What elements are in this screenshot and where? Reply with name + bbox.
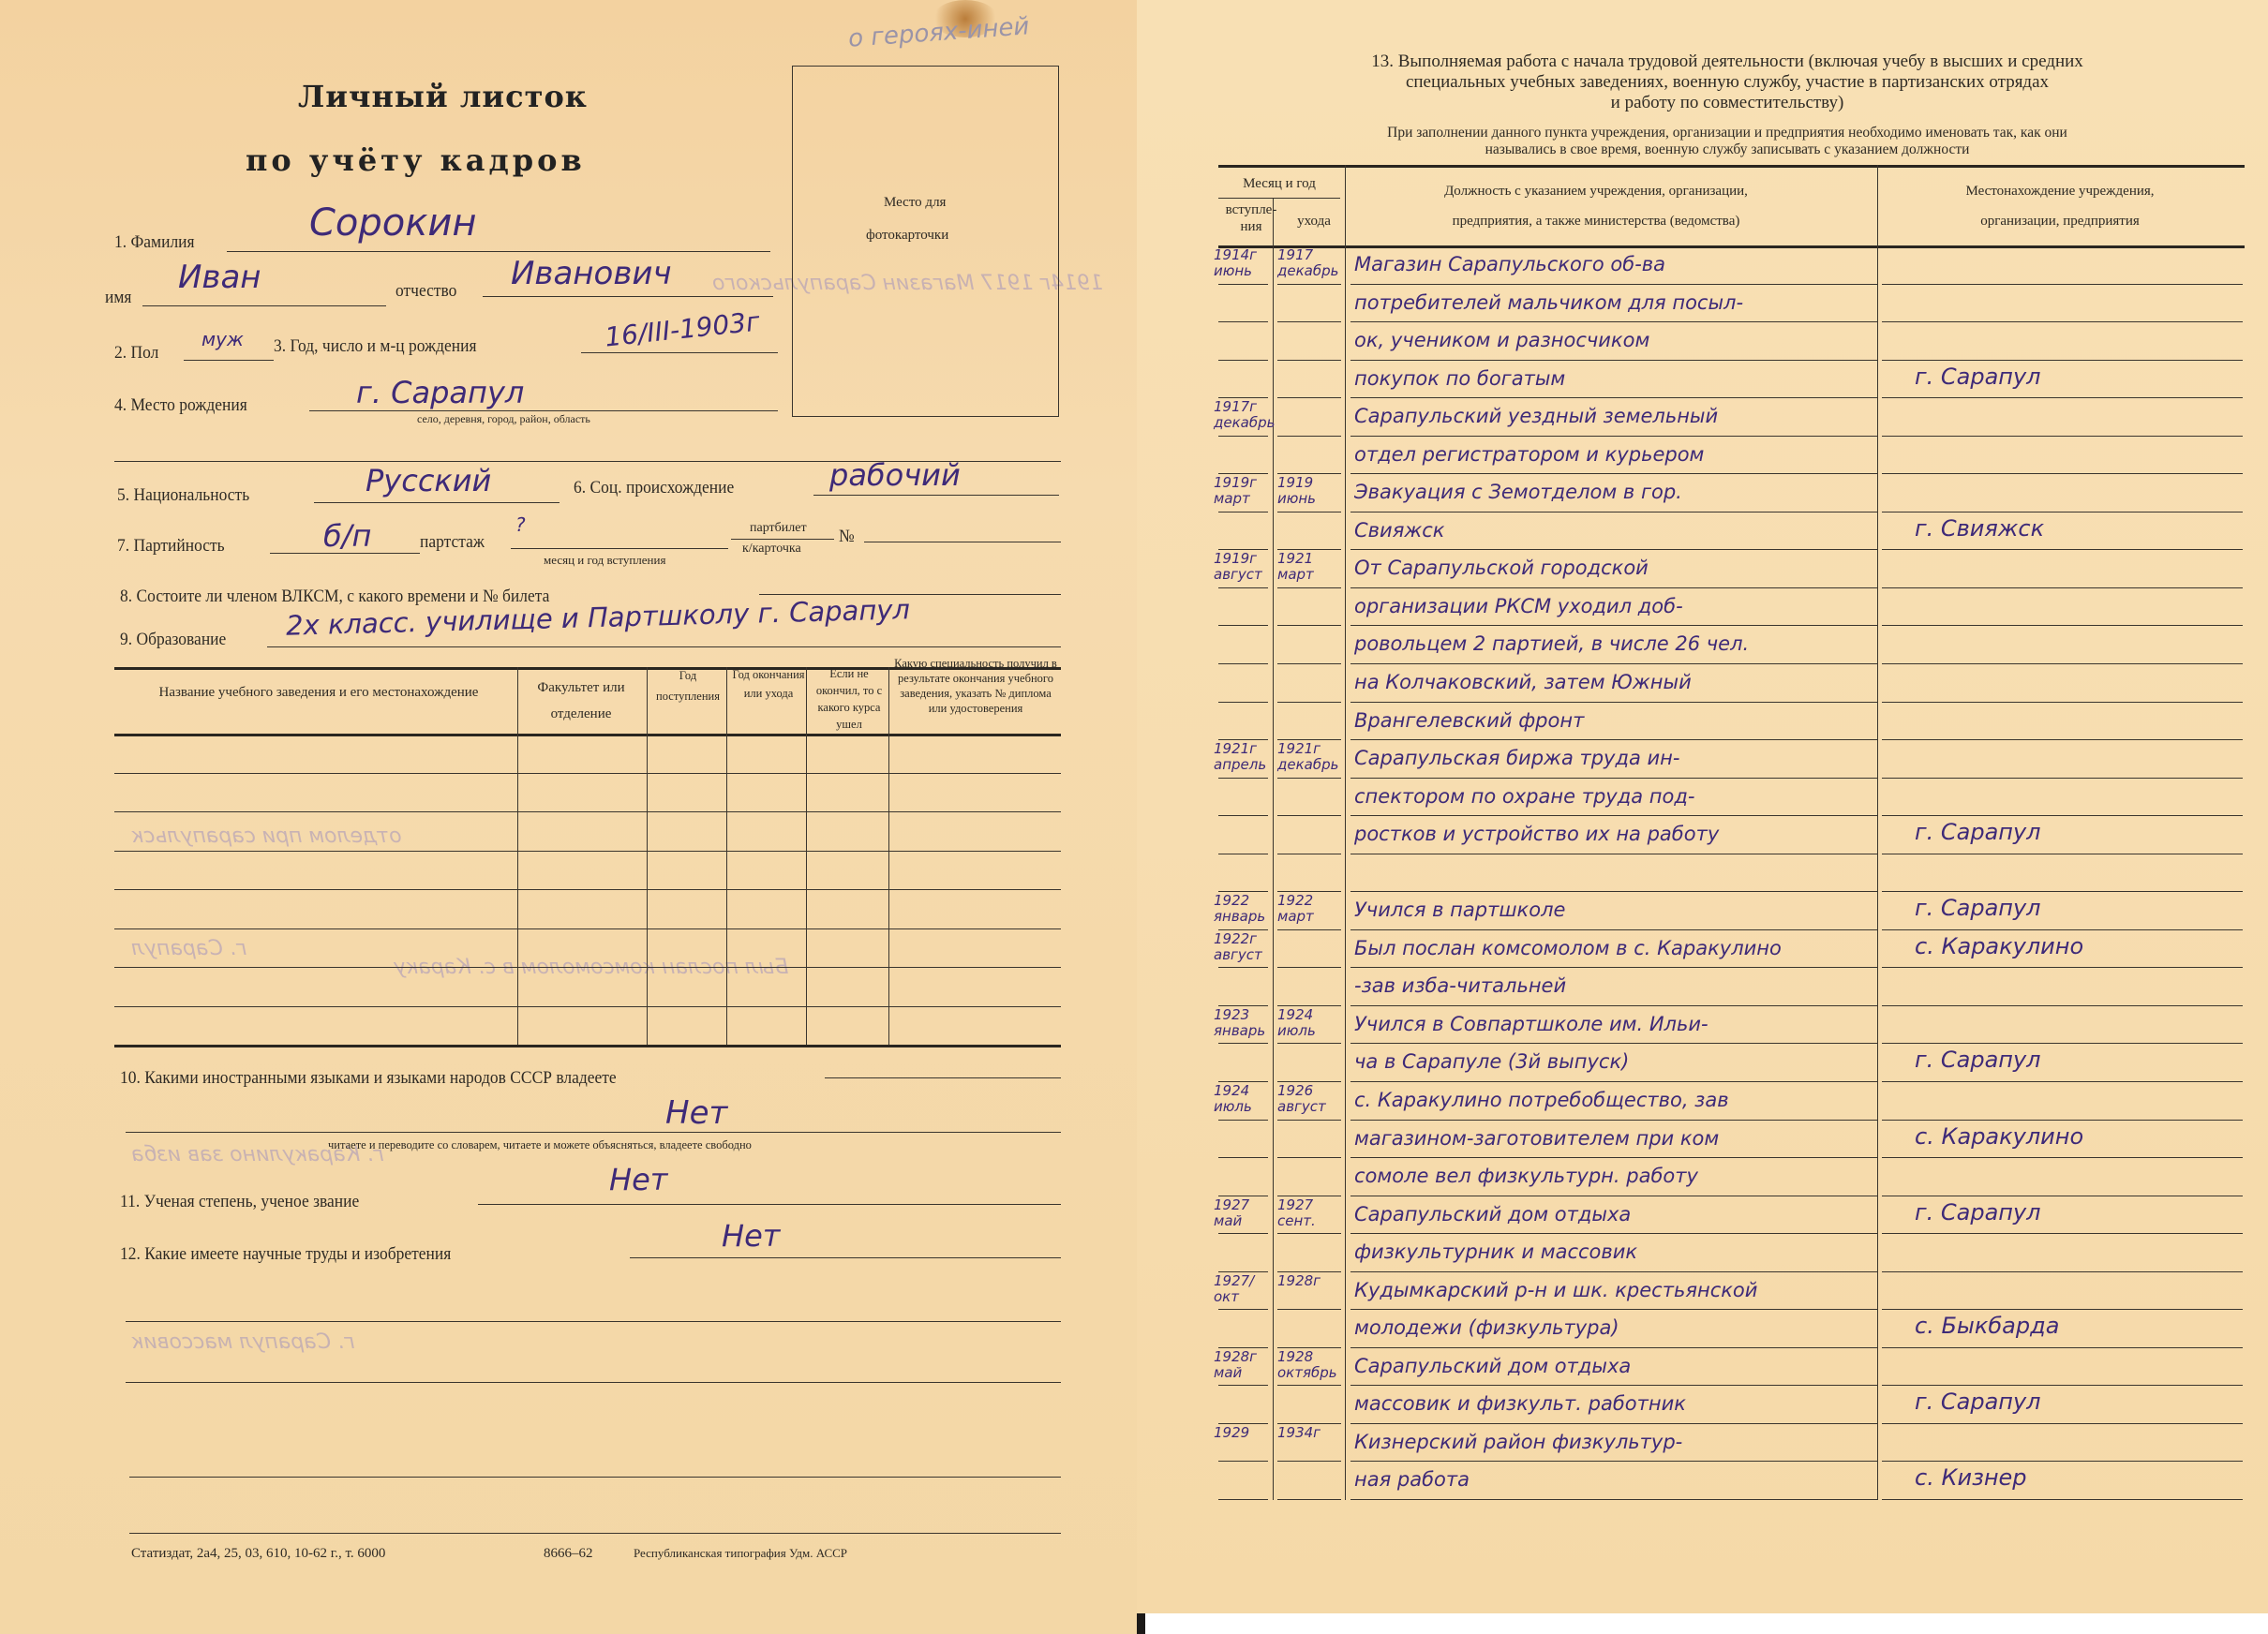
- work-start-date[interactable]: 1922 январь: [1214, 893, 1272, 925]
- work-row-line: [1218, 321, 1268, 322]
- sex-value[interactable]: муж: [201, 328, 244, 350]
- party-card-label-top: партбилет: [750, 521, 807, 536]
- work-end-date[interactable]: 1919 июнь: [1277, 475, 1343, 507]
- work-start-date[interactable]: 1922г август: [1214, 931, 1272, 963]
- edu-row-line: [114, 1006, 1061, 1007]
- work-row-line: [1277, 321, 1341, 322]
- work-row-line: [1882, 1347, 2243, 1348]
- work-position[interactable]: отдел регистратором и курьером: [1354, 443, 1704, 466]
- work-row-line: [1350, 1271, 1877, 1272]
- work-position[interactable]: Кудымкарский р-н и шк. крестьянской: [1354, 1279, 1757, 1301]
- work-position[interactable]: ровольцем 2 партией, в числе 26 чел.: [1354, 632, 1749, 655]
- work-row-line: [1350, 815, 1877, 816]
- work-start-date[interactable]: 1923 январь: [1214, 1007, 1272, 1039]
- work-position[interactable]: потребителей мальчиком для посыл-: [1354, 291, 1743, 314]
- work-row-line: [1882, 1499, 2243, 1500]
- work-row-line: [1218, 1385, 1268, 1386]
- work-row-line: [1350, 1309, 1877, 1310]
- work-row-line: [1882, 1157, 2243, 1158]
- work-start-date[interactable]: 1927 май: [1214, 1197, 1272, 1229]
- edu-header-faculty: Факультет или отделение: [520, 675, 642, 727]
- work-end-date[interactable]: 1924 июль: [1277, 1007, 1343, 1039]
- work-location[interactable]: с. Быкбарда: [1915, 1313, 2059, 1339]
- order-number: 8666–62: [544, 1546, 593, 1562]
- work-position[interactable]: сомоле вел физкультурн. работу: [1354, 1165, 1698, 1187]
- work-row-line: [1218, 1120, 1268, 1121]
- work-row-line: [1218, 854, 1268, 854]
- work-position[interactable]: магазином-заготовителем при ком: [1354, 1127, 1719, 1150]
- work-location[interactable]: г. Свияжск: [1915, 515, 2044, 542]
- work-row-line: [1277, 702, 1341, 703]
- work-row-line: [1350, 436, 1877, 437]
- work-row-line: [1350, 1081, 1877, 1082]
- work-row-line: [1218, 967, 1268, 968]
- work-row-line: [1350, 739, 1877, 740]
- social-origin-value[interactable]: рабочий: [829, 457, 961, 493]
- work-row-line: [1882, 739, 2243, 740]
- work-row-line: [1350, 1461, 1877, 1462]
- header-position-line1: Должность с указанием учреждения, органи…: [1348, 181, 1844, 201]
- work-start-date[interactable]: 1924 июль: [1214, 1083, 1272, 1115]
- imprint-text: Статиздат, 2а4, 25, 03, 610, 10-62 г., т…: [131, 1546, 385, 1562]
- work-row-line: [1882, 1385, 2243, 1386]
- work-row-line: [1882, 854, 2243, 854]
- work-row-line: [1350, 1043, 1877, 1044]
- work-start-date[interactable]: 1927/окт: [1214, 1273, 1272, 1305]
- work-row-line: [1882, 360, 2243, 361]
- work-row-line: [1882, 1309, 2243, 1310]
- education-label: 9. Образование: [120, 630, 226, 650]
- work-position[interactable]: Свияжск: [1354, 519, 1444, 542]
- work-row-line: [1218, 284, 1268, 285]
- work-position[interactable]: Эвакуация с Земотделом в гор.: [1354, 481, 1682, 503]
- section-13-note-line1: При заполнении данного пункта учреждения…: [1212, 125, 2243, 141]
- work-position[interactable]: Сарапульский дом отдыха: [1354, 1355, 1631, 1377]
- work-row-line: [1882, 1423, 2243, 1424]
- work-row-line: [1882, 1043, 2243, 1044]
- work-start-date[interactable]: 1917г декабрь: [1214, 399, 1272, 431]
- work-position[interactable]: массовик и физкульт. работник: [1354, 1392, 1686, 1415]
- work-start-date[interactable]: 1919г март: [1214, 475, 1272, 507]
- first-name-value[interactable]: Иван: [178, 259, 261, 296]
- work-row-line: [1882, 929, 2243, 930]
- work-row-line: [1350, 854, 1877, 854]
- work-row-line: [1218, 436, 1268, 437]
- work-row-line: [1882, 1081, 2243, 1082]
- work-row-line: [1277, 512, 1341, 512]
- works-label: 12. Какие имеете научные труды и изобрет…: [120, 1244, 451, 1265]
- header-position-line2: предприятия, а также министерства (ведом…: [1348, 211, 1844, 231]
- birth-date-value[interactable]: 16/III-1903г: [604, 305, 761, 352]
- work-row-line: [1218, 1157, 1268, 1158]
- work-row-line: [1277, 815, 1341, 816]
- work-row-line: [1350, 929, 1877, 930]
- work-position[interactable]: Был послан комсомолом в с. Каракулино: [1354, 937, 1782, 959]
- work-row-line: [1218, 702, 1268, 703]
- sex-line: [184, 360, 274, 361]
- social-origin-label: 6. Соц. происхождение: [574, 478, 734, 498]
- bleed-through-text: г. Сарапул: [131, 937, 246, 960]
- works-line-3: [126, 1382, 1061, 1383]
- work-location[interactable]: г. Сарапул: [1915, 895, 2041, 921]
- bleed-through-text: г. Сарапул массовик: [131, 1330, 355, 1354]
- work-row-line: [1882, 1233, 2243, 1234]
- first-name-label: имя: [105, 288, 131, 308]
- work-row-line: [1350, 1423, 1877, 1424]
- pencil-annotation: о героях-иней: [847, 12, 1030, 52]
- work-row-line: [1277, 284, 1341, 285]
- work-location[interactable]: г. Сарапул: [1915, 1389, 2041, 1415]
- work-row-line: [1882, 587, 2243, 588]
- nationality-line: [314, 502, 560, 503]
- work-row-line: [1277, 1385, 1341, 1386]
- work-row-line: [1277, 436, 1341, 437]
- work-row-line: [1218, 587, 1268, 588]
- header-start: вступле-ния: [1218, 201, 1284, 235]
- work-row-line: [1277, 1120, 1341, 1121]
- party-card-divider: [731, 539, 834, 540]
- languages-hint: читаете и переводите со словарем, читает…: [328, 1138, 752, 1152]
- work-row-line: [1350, 512, 1877, 512]
- work-row-line: [1882, 891, 2243, 892]
- photo-label-line1: Место для: [884, 195, 946, 211]
- work-row-line: [1277, 663, 1341, 664]
- work-row-line: [1350, 702, 1877, 703]
- work-location[interactable]: г. Сарапул: [1915, 364, 2041, 390]
- work-position[interactable]: Кизнерский район физкультур-: [1354, 1431, 1682, 1453]
- patronymic-value[interactable]: Иванович: [511, 255, 672, 292]
- edu-header-specialty: Какую специальность получил в результате…: [890, 656, 1061, 716]
- education-line: [267, 646, 1061, 647]
- work-end-date[interactable]: 1927 сент.: [1277, 1197, 1343, 1229]
- work-table-header-bottom: [1218, 245, 2245, 248]
- party-tenure-value[interactable]: ?: [515, 513, 526, 536]
- printer-name: Республиканская типография Удм. АССР: [634, 1546, 847, 1561]
- work-start-date[interactable]: 1914г июнь: [1214, 247, 1272, 279]
- work-row-line: [1277, 1043, 1341, 1044]
- section-13-title-line1: 13. Выполняемая работа с начала трудовой…: [1212, 52, 2243, 72]
- work-location[interactable]: г. Сарапул: [1915, 1047, 2041, 1073]
- works-line-5: [129, 1533, 1061, 1534]
- section-13-note-line2: назывались в свое время, военную службу …: [1212, 141, 2243, 158]
- edu-col-divider: [517, 667, 518, 1045]
- work-row-line: [1350, 891, 1877, 892]
- degree-label: 11. Ученая степень, ученое звание: [120, 1192, 359, 1212]
- work-row-line: [1350, 663, 1877, 664]
- work-row-line: [1277, 1157, 1341, 1158]
- section-13-title-line3: и работу по совместительству): [1212, 93, 2243, 113]
- birth-place-label: 4. Место рождения: [114, 395, 247, 416]
- vlksm-line: [759, 594, 1061, 595]
- work-row-line: [1882, 397, 2243, 398]
- surname-value[interactable]: Сорокин: [309, 201, 477, 245]
- first-name-line: [142, 305, 386, 306]
- work-row-line: [1350, 1233, 1877, 1234]
- work-row-line: [1218, 1043, 1268, 1044]
- edu-row-line: [114, 928, 1061, 929]
- work-end-date[interactable]: 1921 март: [1277, 551, 1343, 583]
- birth-place-hint: село, деревня, город, район, область: [417, 412, 590, 426]
- left-page: о героях-иней Личный листок по учёту кад…: [0, 0, 1137, 1634]
- work-row-line: [1218, 625, 1268, 626]
- languages-line-2: [126, 1132, 1061, 1133]
- patronymic-line: [483, 296, 773, 297]
- work-position[interactable]: молодежи (физкультура): [1354, 1316, 1619, 1339]
- works-line-4: [129, 1477, 1061, 1478]
- work-row-line: [1277, 397, 1341, 398]
- section-13-note: При заполнении данного пункта учреждения…: [1212, 125, 2243, 158]
- work-start-date[interactable]: 1928г май: [1214, 1349, 1272, 1381]
- work-row-line: [1350, 473, 1877, 474]
- work-row-line: [1350, 967, 1877, 968]
- work-row-line: [1882, 815, 2243, 816]
- work-row-line: [1882, 549, 2243, 550]
- works-line-2: [126, 1321, 1061, 1322]
- work-position[interactable]: -зав изба-читальней: [1354, 974, 1566, 997]
- work-row-line: [1882, 436, 2243, 437]
- header-month-year-divider: [1218, 198, 1340, 199]
- col-divider-dates-position: [1345, 165, 1346, 1500]
- nationality-label: 5. Национальность: [117, 485, 249, 506]
- form-title: Личный листок: [298, 79, 588, 114]
- work-row-line: [1882, 778, 2243, 779]
- work-row-line: [1350, 778, 1877, 779]
- edu-row-line: [114, 967, 1061, 968]
- patronymic-label: отчество: [395, 281, 456, 302]
- col-divider-start-end: [1273, 198, 1274, 1500]
- work-row-line: [1277, 1461, 1341, 1462]
- works-line: [630, 1257, 1061, 1258]
- work-row-line: [1277, 929, 1341, 930]
- work-row-line: [1882, 1196, 2243, 1196]
- birth-date-label: 3. Год, число и м-ц рождения: [274, 336, 477, 357]
- work-row-line: [1218, 360, 1268, 361]
- surname-line: [227, 251, 770, 252]
- work-row-line: [1882, 1120, 2243, 1121]
- party-tenure-label: партстаж: [420, 532, 485, 553]
- surname-label: 1. Фамилия: [114, 232, 195, 253]
- work-row-line: [1350, 284, 1877, 285]
- work-location[interactable]: г. Сарапул: [1915, 1199, 2041, 1225]
- work-row-line: [1218, 1233, 1268, 1234]
- languages-line: [825, 1077, 1061, 1078]
- work-row-line: [1277, 360, 1341, 361]
- degree-line: [478, 1204, 1061, 1205]
- work-row-line: [1277, 625, 1341, 626]
- work-start-date[interactable]: 1921г апрель: [1214, 741, 1272, 773]
- header-month-year: Месяц и год: [1218, 173, 1340, 194]
- header-location-line1: Местонахождение учреждения,: [1877, 181, 2243, 201]
- work-position[interactable]: организации РКСМ уходил доб-: [1354, 595, 1683, 617]
- work-end-date[interactable]: 1934г: [1277, 1425, 1343, 1441]
- work-position[interactable]: От Сарапульской городской: [1354, 557, 1649, 579]
- work-end-date[interactable]: 1922 март: [1277, 893, 1343, 925]
- work-start-date[interactable]: 1919г август: [1214, 551, 1272, 583]
- work-position[interactable]: Сарапульская биржа труда ин-: [1354, 747, 1680, 769]
- work-row-line: [1277, 1309, 1341, 1310]
- section-13-title: 13. Выполняемая работа с начала трудовой…: [1212, 52, 2243, 113]
- party-label: 7. Партийность: [117, 536, 225, 557]
- work-position[interactable]: с. Каракулино потребобщество, зав: [1354, 1089, 1729, 1111]
- work-position[interactable]: Врангелевский фронт: [1354, 709, 1584, 732]
- form-subtitle: по учёту кадров: [246, 142, 586, 178]
- work-row-line: [1218, 1309, 1268, 1310]
- work-row-line: [1350, 1157, 1877, 1158]
- edu-col-divider: [726, 667, 727, 1045]
- work-end-date[interactable]: 1928г: [1277, 1273, 1343, 1289]
- work-row-line: [1350, 549, 1877, 550]
- work-position[interactable]: Учился в Совпартшколе им. Ильи-: [1354, 1013, 1708, 1035]
- work-position[interactable]: покупок по богатым: [1354, 367, 1565, 390]
- work-row-line: [1277, 1233, 1341, 1234]
- work-row-line: [1882, 473, 2243, 474]
- work-position[interactable]: Сарапульский дом отдыха: [1354, 1203, 1631, 1225]
- degree-value[interactable]: Нет: [609, 1162, 667, 1197]
- party-value[interactable]: б/п: [323, 518, 371, 554]
- work-position[interactable]: на Колчаковский, затем Южный: [1354, 671, 1692, 693]
- work-position[interactable]: ростков и устройство их на работу: [1354, 823, 1719, 845]
- works-value[interactable]: Нет: [722, 1218, 780, 1254]
- work-row-line: [1882, 702, 2243, 703]
- header-location-line2: организации, предприятия: [1877, 211, 2243, 231]
- languages-label: 10. Какими иностранными языками и языкам…: [120, 1068, 617, 1089]
- section-13-title-line2: специальных учебных заведениях, военную …: [1212, 72, 2243, 93]
- work-row-line: [1350, 397, 1877, 398]
- birth-place-line: [309, 410, 778, 411]
- header-end: ухода: [1287, 211, 1341, 231]
- edu-row-line: [114, 811, 1061, 812]
- work-row-line: [1277, 967, 1341, 968]
- work-row-line: [1882, 1005, 2243, 1006]
- work-end-date[interactable]: 1921г декабрь: [1277, 741, 1343, 773]
- sex-label: 2. Пол: [114, 343, 158, 364]
- edu-header-end-year: Год окончания или ухода: [731, 665, 806, 703]
- work-start-date[interactable]: 1929: [1214, 1425, 1272, 1441]
- party-card-label-bottom: к/карточка: [742, 542, 801, 557]
- edu-header-incomplete: Если не окончил, то с какого курса ушел: [810, 665, 888, 733]
- party-tenure-line: [511, 548, 728, 549]
- scan-background: [1145, 1613, 2268, 1634]
- work-position[interactable]: ча в Сарапуле (3й выпуск): [1354, 1050, 1629, 1073]
- work-location[interactable]: с. Каракулино: [1915, 933, 2083, 959]
- bleed-through-text: отделом при сарапульск: [131, 824, 402, 848]
- work-row-line: [1350, 625, 1877, 626]
- work-row-line: [1882, 663, 2243, 664]
- work-row-line: [1350, 1005, 1877, 1006]
- social-origin-line: [813, 495, 1059, 496]
- edu-header-bottom: [114, 734, 1061, 736]
- work-table-top: [1218, 165, 2245, 168]
- work-row-line: [1218, 1499, 1268, 1500]
- work-row-line: [1218, 1461, 1268, 1462]
- work-row-line: [1882, 1461, 2243, 1462]
- work-location[interactable]: с. Кизнер: [1915, 1464, 2027, 1491]
- birth-place-value[interactable]: г. Сарапул: [356, 375, 524, 410]
- party-card-number-label: №: [839, 527, 855, 547]
- work-row-line: [1218, 512, 1268, 512]
- edu-col-divider: [806, 667, 807, 1045]
- edu-col-divider: [647, 667, 648, 1045]
- edu-row-line: [114, 773, 1061, 774]
- edu-header-institution: Название учебного заведения и его местон…: [131, 679, 506, 706]
- work-row-line: [1350, 1499, 1877, 1500]
- work-row-line: [1882, 625, 2243, 626]
- work-row-line: [1218, 663, 1268, 664]
- edu-col-divider: [888, 667, 889, 1045]
- work-position[interactable]: Магазин Сарапульского об-ва: [1354, 253, 1665, 275]
- edu-table-bottom: [114, 1045, 1061, 1047]
- work-row-line: [1882, 967, 2243, 968]
- work-row-line: [1277, 854, 1341, 854]
- photo-label-line2: фотокарточки: [866, 228, 948, 244]
- work-row-line: [1350, 321, 1877, 322]
- work-position[interactable]: Учился в партшколе: [1354, 899, 1565, 921]
- work-row-line: [1277, 778, 1341, 779]
- work-row-line: [1350, 1196, 1877, 1196]
- work-position[interactable]: Сарапульский уездный земельный: [1354, 405, 1718, 427]
- work-row-line: [1882, 512, 2243, 512]
- work-location[interactable]: с. Каракулино: [1915, 1123, 2083, 1150]
- party-card-line: [864, 542, 1061, 542]
- right-page: 13. Выполняемая работа с начала трудовой…: [1137, 0, 2268, 1613]
- work-row-line: [1277, 1499, 1341, 1500]
- party-tenure-hint: месяц и год вступления: [544, 553, 665, 568]
- work-location[interactable]: г. Сарапул: [1915, 819, 2041, 845]
- work-row-line: [1218, 778, 1268, 779]
- work-end-date[interactable]: 1928 октябрь: [1277, 1349, 1343, 1381]
- work-position[interactable]: физкультурник и массовик: [1354, 1240, 1637, 1263]
- edu-row-line: [114, 889, 1061, 890]
- work-position[interactable]: ок, учеником и разносчиком: [1354, 329, 1649, 351]
- work-position[interactable]: ная работа: [1354, 1468, 1470, 1491]
- birth-date-line: [581, 352, 778, 353]
- edu-row-line: [114, 851, 1061, 852]
- work-row-line: [1882, 284, 2243, 285]
- work-row-line: [1350, 1120, 1877, 1121]
- work-row-line: [1882, 321, 2243, 322]
- col-divider-position-location: [1877, 165, 1878, 1500]
- work-position[interactable]: спектором по охране труда под-: [1354, 785, 1694, 808]
- work-row-line: [1350, 360, 1877, 361]
- nationality-value[interactable]: Русский: [366, 463, 491, 498]
- work-row-line: [1277, 587, 1341, 588]
- edu-header-start-year: Год поступления: [651, 665, 724, 706]
- work-end-date[interactable]: 1917 декабрь: [1277, 247, 1343, 279]
- work-row-line: [1218, 815, 1268, 816]
- work-row-line: [1350, 1385, 1877, 1386]
- work-end-date[interactable]: 1926 август: [1277, 1083, 1343, 1115]
- languages-value[interactable]: Нет: [665, 1094, 727, 1132]
- work-row-line: [1350, 587, 1877, 588]
- work-row-line: [1882, 1271, 2243, 1272]
- work-row-line: [1350, 1347, 1877, 1348]
